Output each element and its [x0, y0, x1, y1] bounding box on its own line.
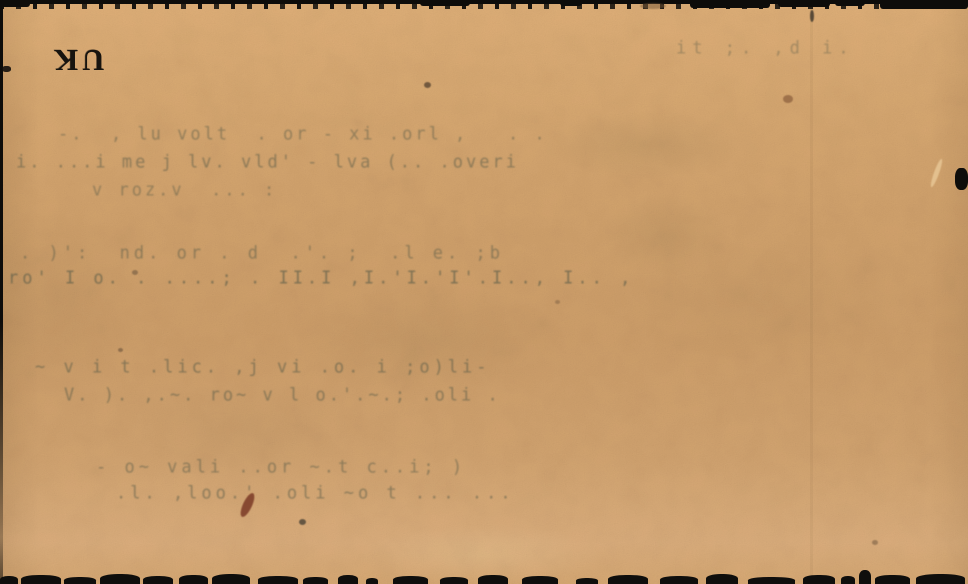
ghost-text-line: v roz.v ... : — [92, 179, 277, 200]
cutoff-glyph-blob — [803, 575, 835, 584]
paper-speck — [872, 540, 878, 545]
cutoff-glyph-blob — [748, 577, 795, 584]
ghost-text-line: i. ...i me j lv. vld' - lva (.. .overi — [16, 151, 519, 172]
scan-edge-mark — [955, 168, 968, 190]
cutoff-glyph-blob — [875, 575, 910, 584]
paper-speck — [555, 300, 560, 304]
torn-edge-patch — [880, 0, 968, 9]
ghost-text-line: .l. ,loo.' .oli ~o t ... ... — [116, 482, 515, 503]
paper-speck — [929, 158, 944, 188]
cutoff-glyph-blob — [706, 574, 738, 584]
cutoff-glyph-blob — [916, 574, 965, 584]
torn-edge-patch — [835, 0, 865, 6]
scanned-card: UK it ;. ,d i.-. , lu volt . or - xi .or… — [0, 0, 968, 584]
cutoff-glyph-blob — [21, 575, 61, 584]
cutoff-glyph-blob — [608, 575, 648, 584]
cutoff-glyph-blob — [478, 575, 508, 584]
cutoff-glyph-blob — [393, 576, 428, 584]
ghost-text-line: . )': nd. or . d .'. ; .l e. ;b — [20, 242, 504, 263]
ghost-text-line: -. , lu volt . or - xi .orl , . . — [58, 123, 548, 144]
torn-edge-patch — [420, 0, 470, 6]
cutoff-glyph-blob — [366, 578, 378, 584]
cutoff-glyph-blob — [440, 577, 468, 584]
cutoff-glyph-blob — [660, 576, 698, 584]
cutoff-glyph-blob — [522, 576, 558, 584]
cutoff-glyph-blob — [338, 575, 358, 584]
ghost-text-line: it ;. ,d i. — [676, 37, 855, 58]
paper-speck — [118, 348, 123, 352]
cutoff-glyph-blob — [841, 576, 855, 584]
paper-speck — [424, 82, 431, 88]
paper-speck — [783, 95, 793, 103]
cutoff-glyph-blob — [143, 576, 173, 584]
paper-speck — [810, 10, 814, 22]
cutoff-glyph-blob — [212, 574, 250, 584]
ghost-text-line: ~ v i t .lic. ,j vi .o. i ;o)li- — [35, 356, 491, 377]
cutoff-glyph-blob — [859, 570, 871, 584]
cutoff-glyph-blob — [576, 578, 598, 584]
cutoff-text-strip — [0, 570, 968, 584]
torn-edge-patch — [560, 0, 582, 6]
uk-stamp: UK — [50, 42, 105, 78]
cutoff-glyph-blob — [0, 576, 18, 584]
ghost-text-line: ro' I o. . ....; . II.I ,I.'I.'I'.I.., I… — [8, 267, 634, 288]
cutoff-glyph-blob — [179, 575, 208, 584]
torn-edge-patch — [690, 0, 770, 8]
cutoff-glyph-blob — [100, 574, 140, 584]
cutoff-glyph-blob — [258, 576, 298, 584]
ghost-text-line: - o~ vali ..or ~.t c..i; ) — [96, 456, 466, 477]
paper-speck — [299, 519, 306, 525]
scan-edge-left — [0, 0, 3, 584]
ghost-text-line: V. ). ,.~. ro~ v l o.'.~.; .oli . — [64, 384, 501, 405]
torn-edge-patch — [0, 0, 30, 7]
scan-edge-mark — [2, 66, 11, 72]
cutoff-glyph-blob — [64, 577, 96, 584]
torn-edge-patch — [778, 0, 830, 7]
cutoff-glyph-blob — [303, 577, 328, 584]
